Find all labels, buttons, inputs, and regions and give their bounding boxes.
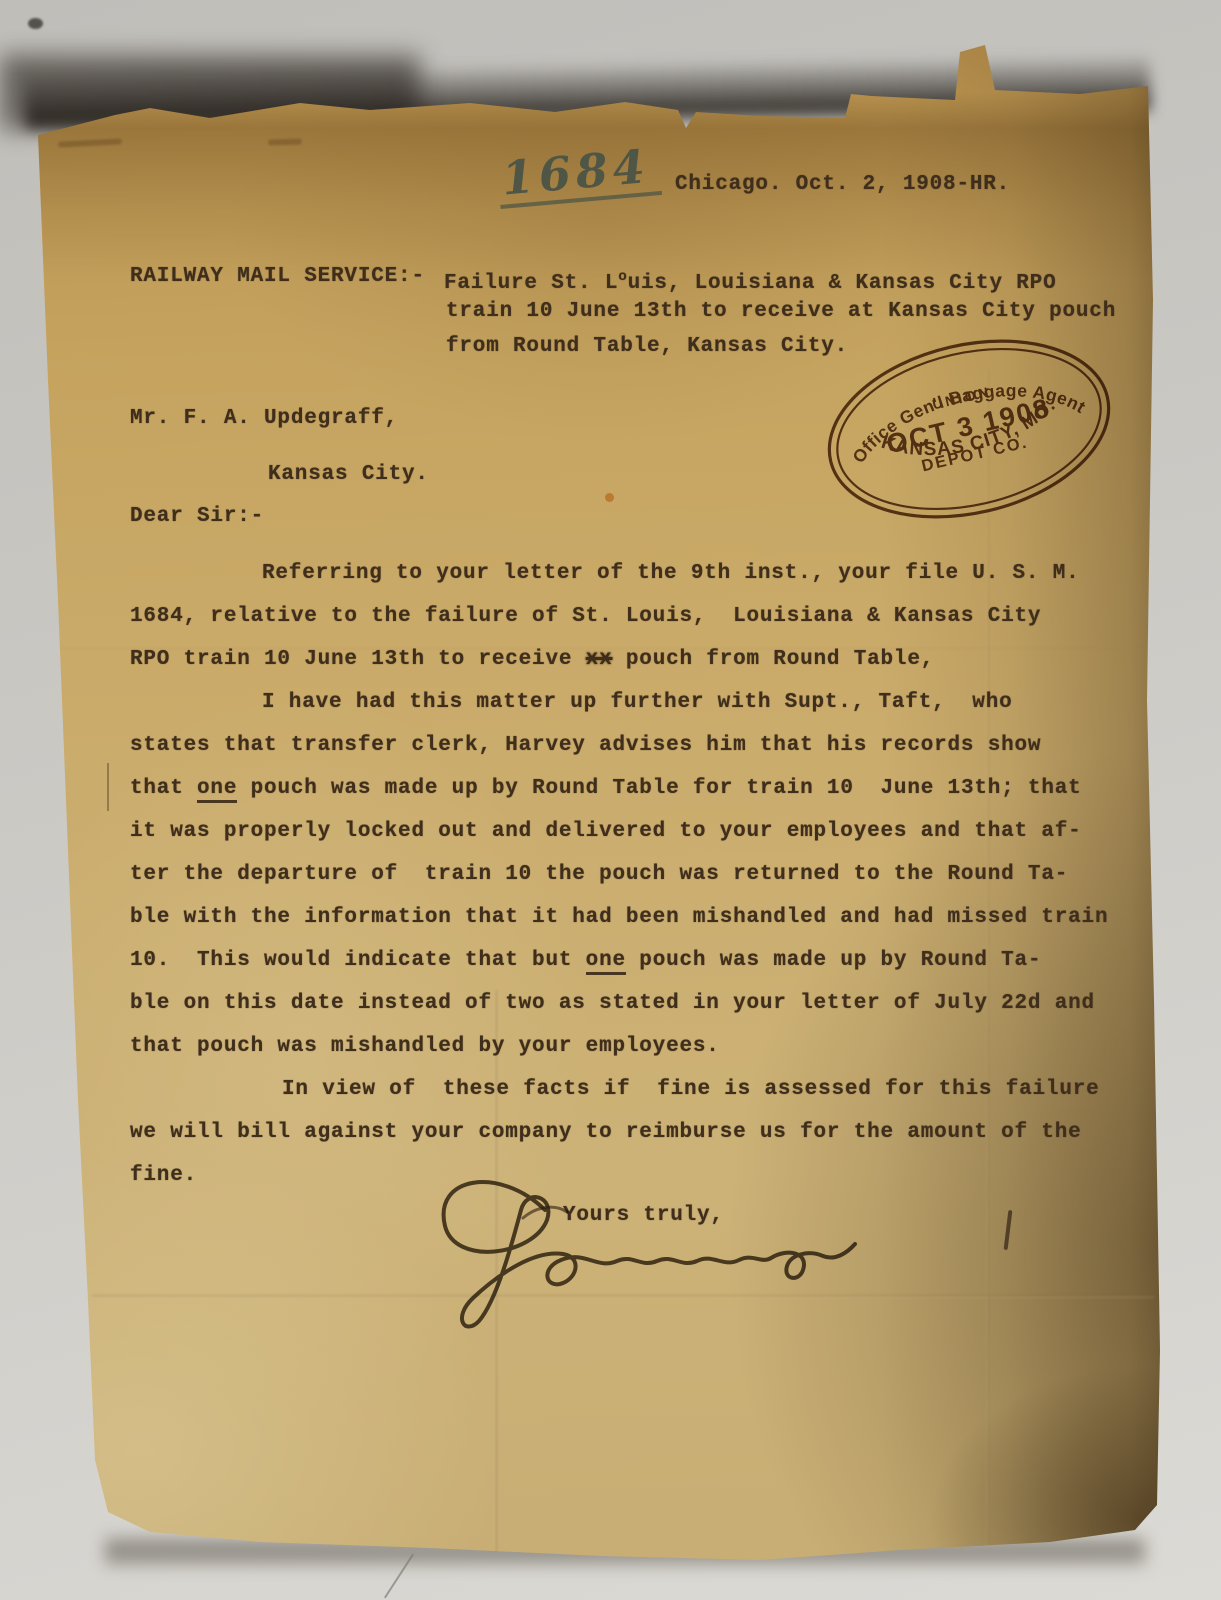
wall-mark	[28, 18, 43, 29]
staple-dimple	[268, 138, 302, 145]
rust-speck	[605, 493, 614, 502]
subject-superscript-o: o	[618, 269, 627, 285]
recipient-city: Kansas City.	[268, 462, 429, 488]
body-line: In view of these facts if fine is assess…	[282, 1077, 1100, 1103]
subject-line-2: train 10 June 13th to receive at Kansas …	[446, 299, 1116, 325]
body-line-post: pouch was made up by Round Table for tra…	[237, 777, 1081, 800]
body-line: 10. This would indicate that but one pou…	[130, 948, 1041, 974]
received-stamp: Office Gen'l Baggage Agent UNION OCT 3 1…	[801, 306, 1136, 551]
staple-dimple	[58, 138, 122, 147]
typewriter-strikeout: xx	[586, 648, 613, 671]
signature	[405, 1158, 875, 1348]
body-line-post: pouch was made up by Round Ta-	[626, 949, 1041, 972]
body-line: it was properly locked out and delivered…	[130, 819, 1082, 845]
subject-line-1-pre: Failure St. L	[444, 272, 618, 295]
body-line-pre: 10. This would indicate that but	[130, 949, 586, 972]
body-line: ble on this date instead of two as state…	[130, 991, 1095, 1017]
body-line-pre: RPO train 10 June 13th to receive	[130, 648, 586, 671]
letter-paper: 1684 Chicago. Oct. 2, 1908-HR. RAILWAY M…	[0, 0, 1221, 1600]
underlined-word: one	[586, 949, 626, 975]
recipient-name: Mr. F. A. Updegraff,	[130, 406, 398, 432]
subject-label: RAILWAY MAIL SERVICE:-	[130, 264, 425, 290]
subject-line-1: Failure St. Louis, Louisiana & Kansas Ci…	[444, 264, 1056, 297]
photo-background: 1684 Chicago. Oct. 2, 1908-HR. RAILWAY M…	[0, 0, 1221, 1600]
underlined-word: one	[197, 777, 237, 803]
dateline: Chicago. Oct. 2, 1908-HR.	[675, 172, 1010, 198]
body-line: I have had this matter up further with S…	[262, 690, 1013, 716]
body-line: 1684, relative to the failure of St. Lou…	[130, 604, 1041, 630]
body-line: that one pouch was made up by Round Tabl…	[130, 776, 1082, 802]
body-line-post: pouch from Round Table,	[612, 648, 934, 671]
margin-crease-mark	[107, 763, 109, 811]
body-line: RPO train 10 June 13th to receive xx pou…	[130, 647, 934, 673]
body-line: Referring to your letter of the 9th inst…	[262, 561, 1080, 587]
body-line: that pouch was mishandled by your employ…	[130, 1034, 720, 1060]
body-line: we will bill against your company to rei…	[130, 1120, 1082, 1146]
handwritten-file-number: 1684	[496, 141, 662, 209]
body-line: fine.	[130, 1163, 197, 1189]
subject-line-3: from Round Table, Kansas City.	[446, 334, 848, 360]
body-line-pre: that	[130, 777, 197, 800]
body-line: ter the departure of train 10 the pouch …	[130, 862, 1068, 888]
subject-line-1-post: uis, Louisiana & Kansas City RPO	[628, 272, 1057, 295]
body-line: ble with the information that it had bee…	[130, 905, 1108, 931]
body-line: states that transfer clerk, Harvey advis…	[130, 733, 1041, 759]
pen-tick-mark	[1004, 1210, 1013, 1250]
salutation: Dear Sir:-	[130, 504, 264, 530]
